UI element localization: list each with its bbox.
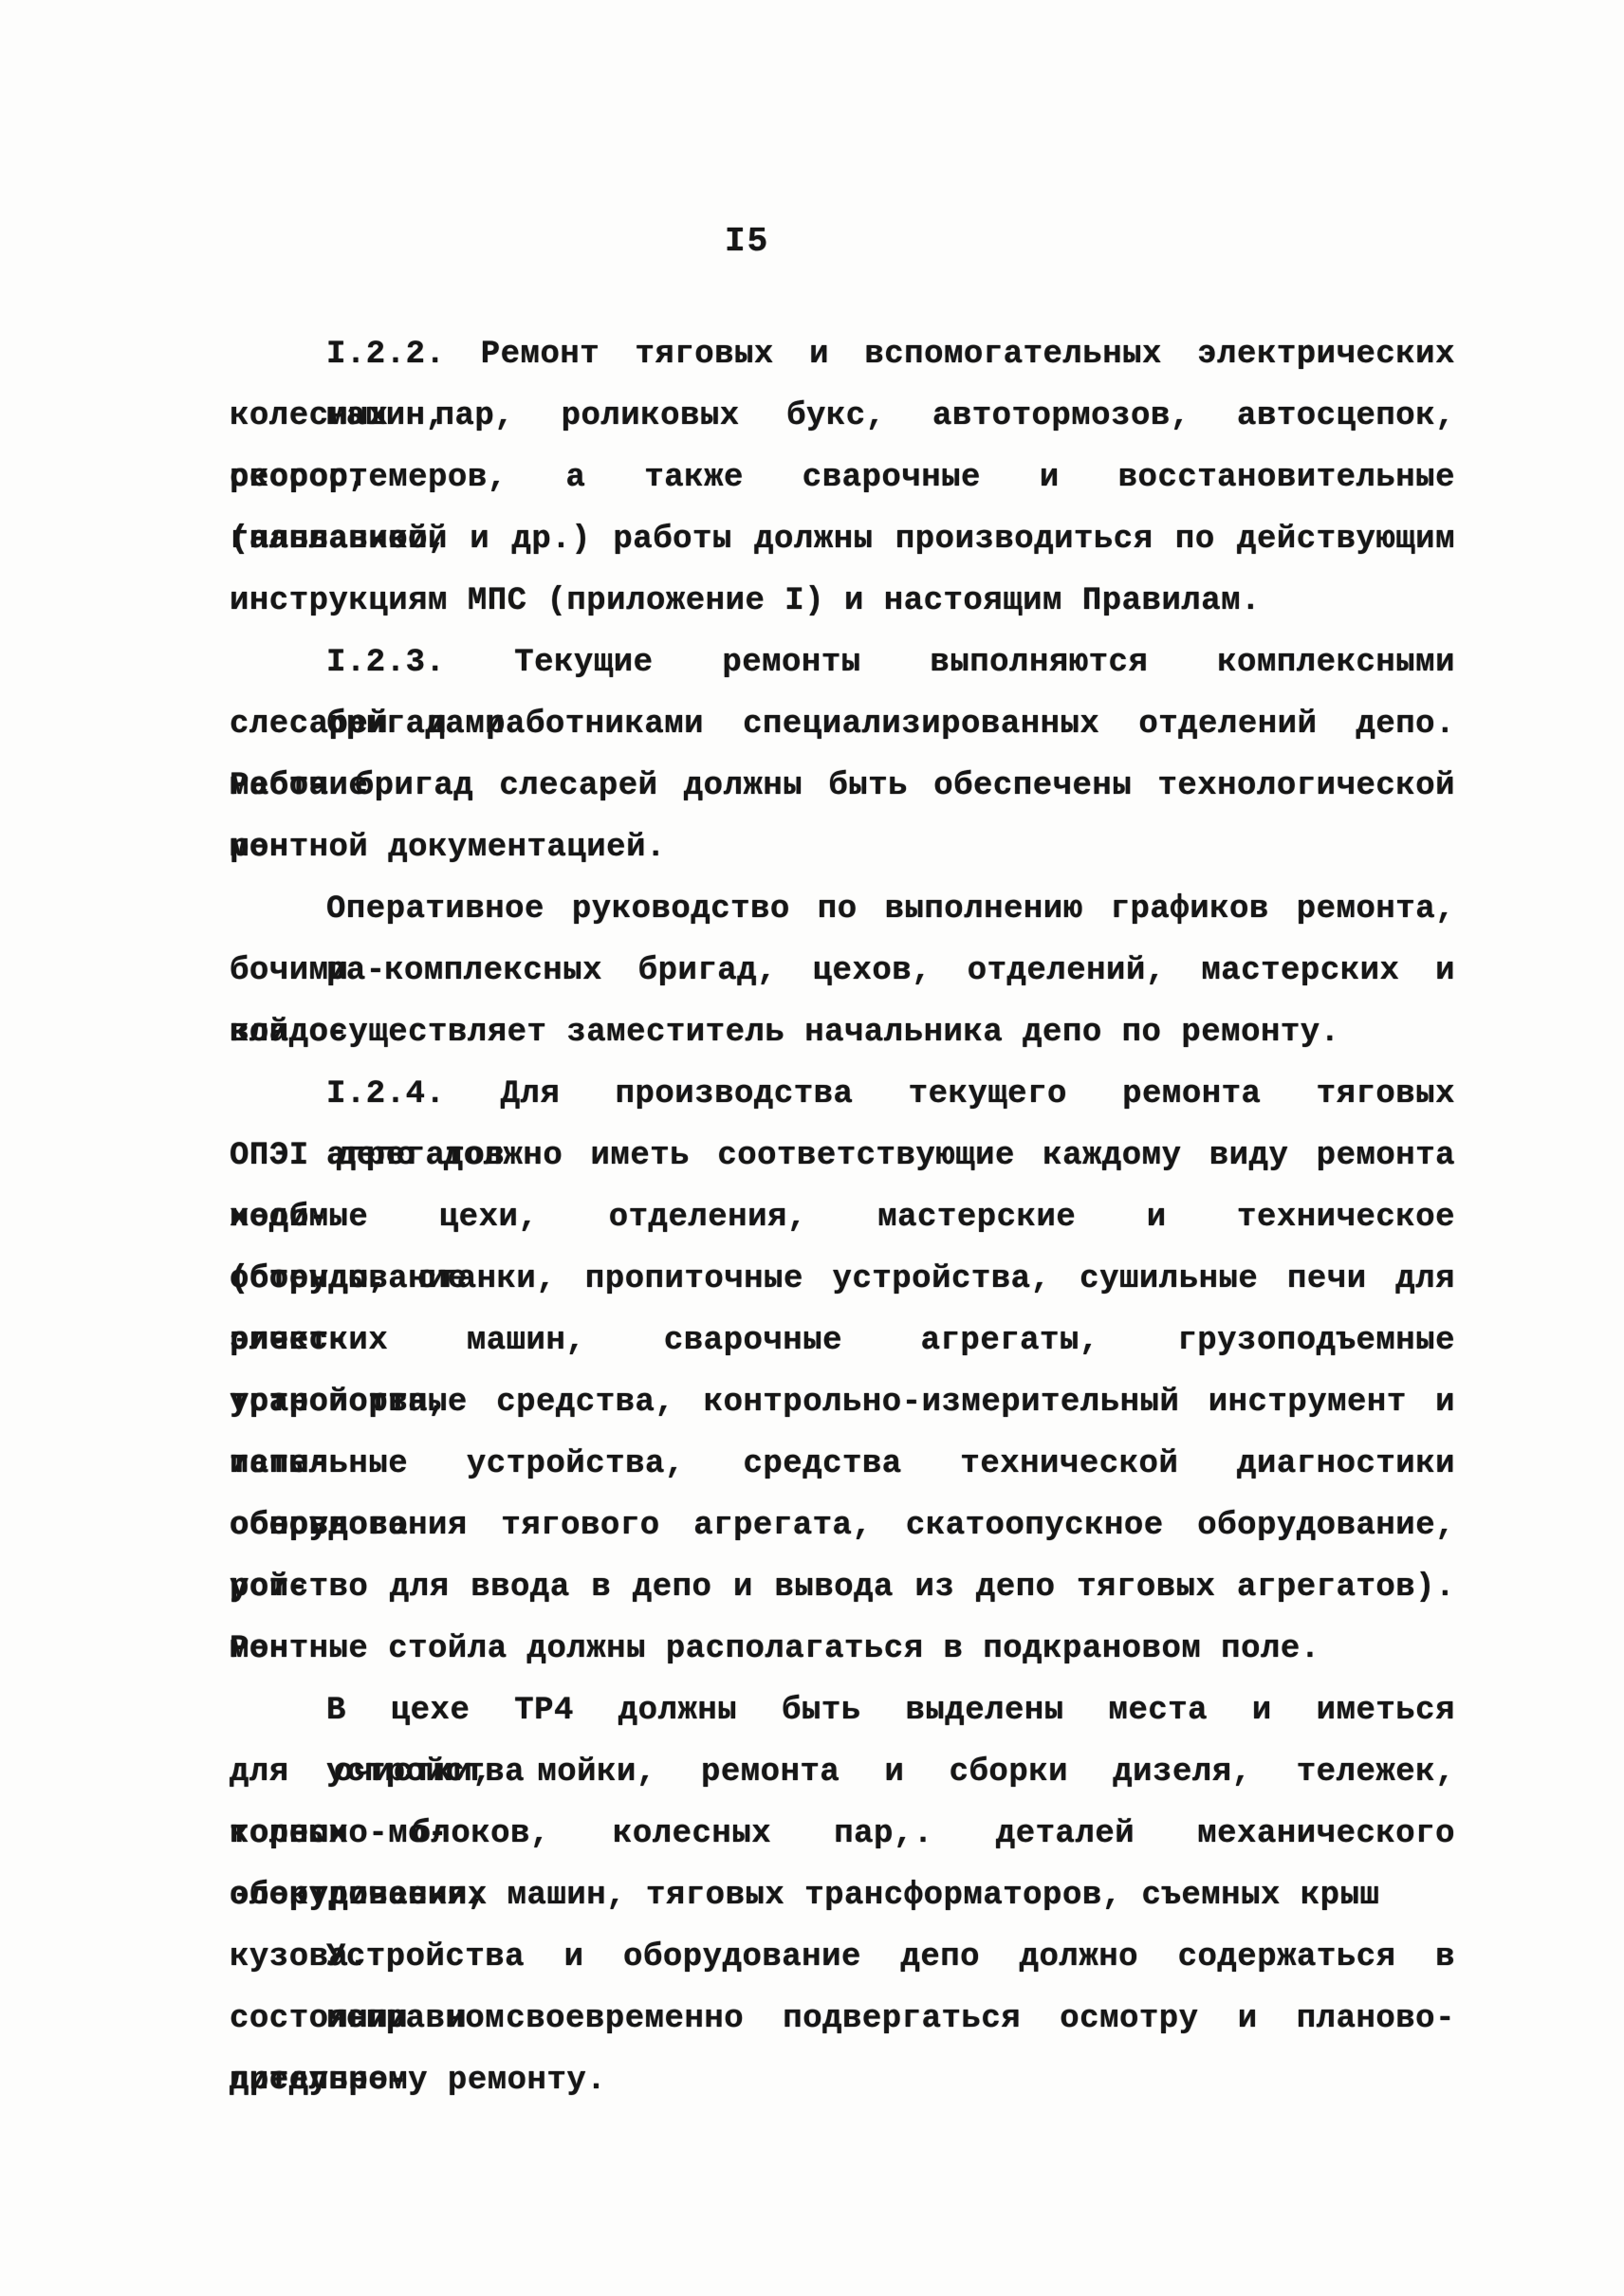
text-line: ОПЭI депо должно иметь соответствующие к… bbox=[230, 1126, 1455, 1187]
text-line: монтной документацией. bbox=[230, 817, 1455, 879]
text-line: I.2.2. Ремонт тяговых и вспомогательных … bbox=[230, 324, 1455, 386]
text-line: оборудования тягового агрегата, скатоопу… bbox=[230, 1496, 1455, 1557]
text-line: состоянии и своевременно подвергаться ос… bbox=[230, 1989, 1455, 2050]
text-line: рических машин, сварочные агрегаты, груз… bbox=[230, 1311, 1455, 1372]
text-line: гальваникой и др.) работы должны произво… bbox=[230, 509, 1455, 571]
text-line: дительному ремонту. bbox=[230, 2050, 1455, 2112]
paragraph: I.2.2. Ремонт тяговых и вспомогательных … bbox=[230, 324, 1455, 633]
page-number: I5 bbox=[725, 222, 769, 261]
document-page: I5 I.2.2. Ремонт тяговых и вспомогательн… bbox=[0, 0, 1624, 2296]
text-line: для очистки, мойки, ремонта и сборки диз… bbox=[230, 1742, 1455, 1804]
text-line: вой осуществляет заместитель начальника … bbox=[230, 1002, 1455, 1064]
text-line: ходимые цехи, отделения, мастерские и те… bbox=[230, 1187, 1455, 1249]
document-text: I.2.2. Ремонт тяговых и вспомогательных … bbox=[230, 324, 1455, 2112]
paragraph: I.2.4. Для производства текущего ремонта… bbox=[230, 1064, 1455, 1681]
text-line: I.2.3. Текущие ремонты выполняются компл… bbox=[230, 633, 1455, 694]
text-line: I.2.4. Для производства текущего ремонта… bbox=[230, 1064, 1455, 1126]
text-line: скоростемеров, а также сварочные и восст… bbox=[230, 448, 1455, 509]
paragraph: Устройства и оборудование депо должно со… bbox=[230, 1927, 1455, 2112]
text-line: (стенды, станки, пропиточные устройства,… bbox=[230, 1249, 1455, 1311]
text-line: В цехе ТР4 должны быть выделены места и … bbox=[230, 1681, 1455, 1742]
text-line: торных блоков, колесных пар,. деталей ме… bbox=[230, 1804, 1455, 1865]
paragraph: Оперативное руководство по выполнению гр… bbox=[230, 879, 1455, 1064]
paragraph: В цехе ТР4 должны быть выделены места и … bbox=[230, 1681, 1455, 1927]
paragraph: I.2.3. Текущие ремонты выполняются компл… bbox=[230, 633, 1455, 879]
text-line: транспортные средства, контрольно-измери… bbox=[230, 1372, 1455, 1434]
text-line: Оперативное руководство по выполнению гр… bbox=[230, 879, 1455, 941]
text-line: места бригад слесарей должны быть обеспе… bbox=[230, 756, 1455, 817]
text-line: Устройства и оборудование депо должно со… bbox=[230, 1927, 1455, 1989]
text-line: ройство для ввода в депо и вывода из деп… bbox=[230, 1557, 1455, 1619]
text-line: монтные стойла должны располагаться в по… bbox=[230, 1619, 1455, 1681]
text-line: колесных пар, роликовых букс, автотормоз… bbox=[230, 386, 1455, 448]
text-line: инструкциям МПС (приложение I) и настоящ… bbox=[230, 571, 1455, 633]
text-line: бочими комплексных бригад, цехов, отделе… bbox=[230, 941, 1455, 1002]
text-line: тательные устройства, средства техническ… bbox=[230, 1434, 1455, 1496]
text-line: слесарей и работниками специализированны… bbox=[230, 694, 1455, 756]
text-line: электрических машин, тяговых трансформат… bbox=[230, 1865, 1455, 1927]
